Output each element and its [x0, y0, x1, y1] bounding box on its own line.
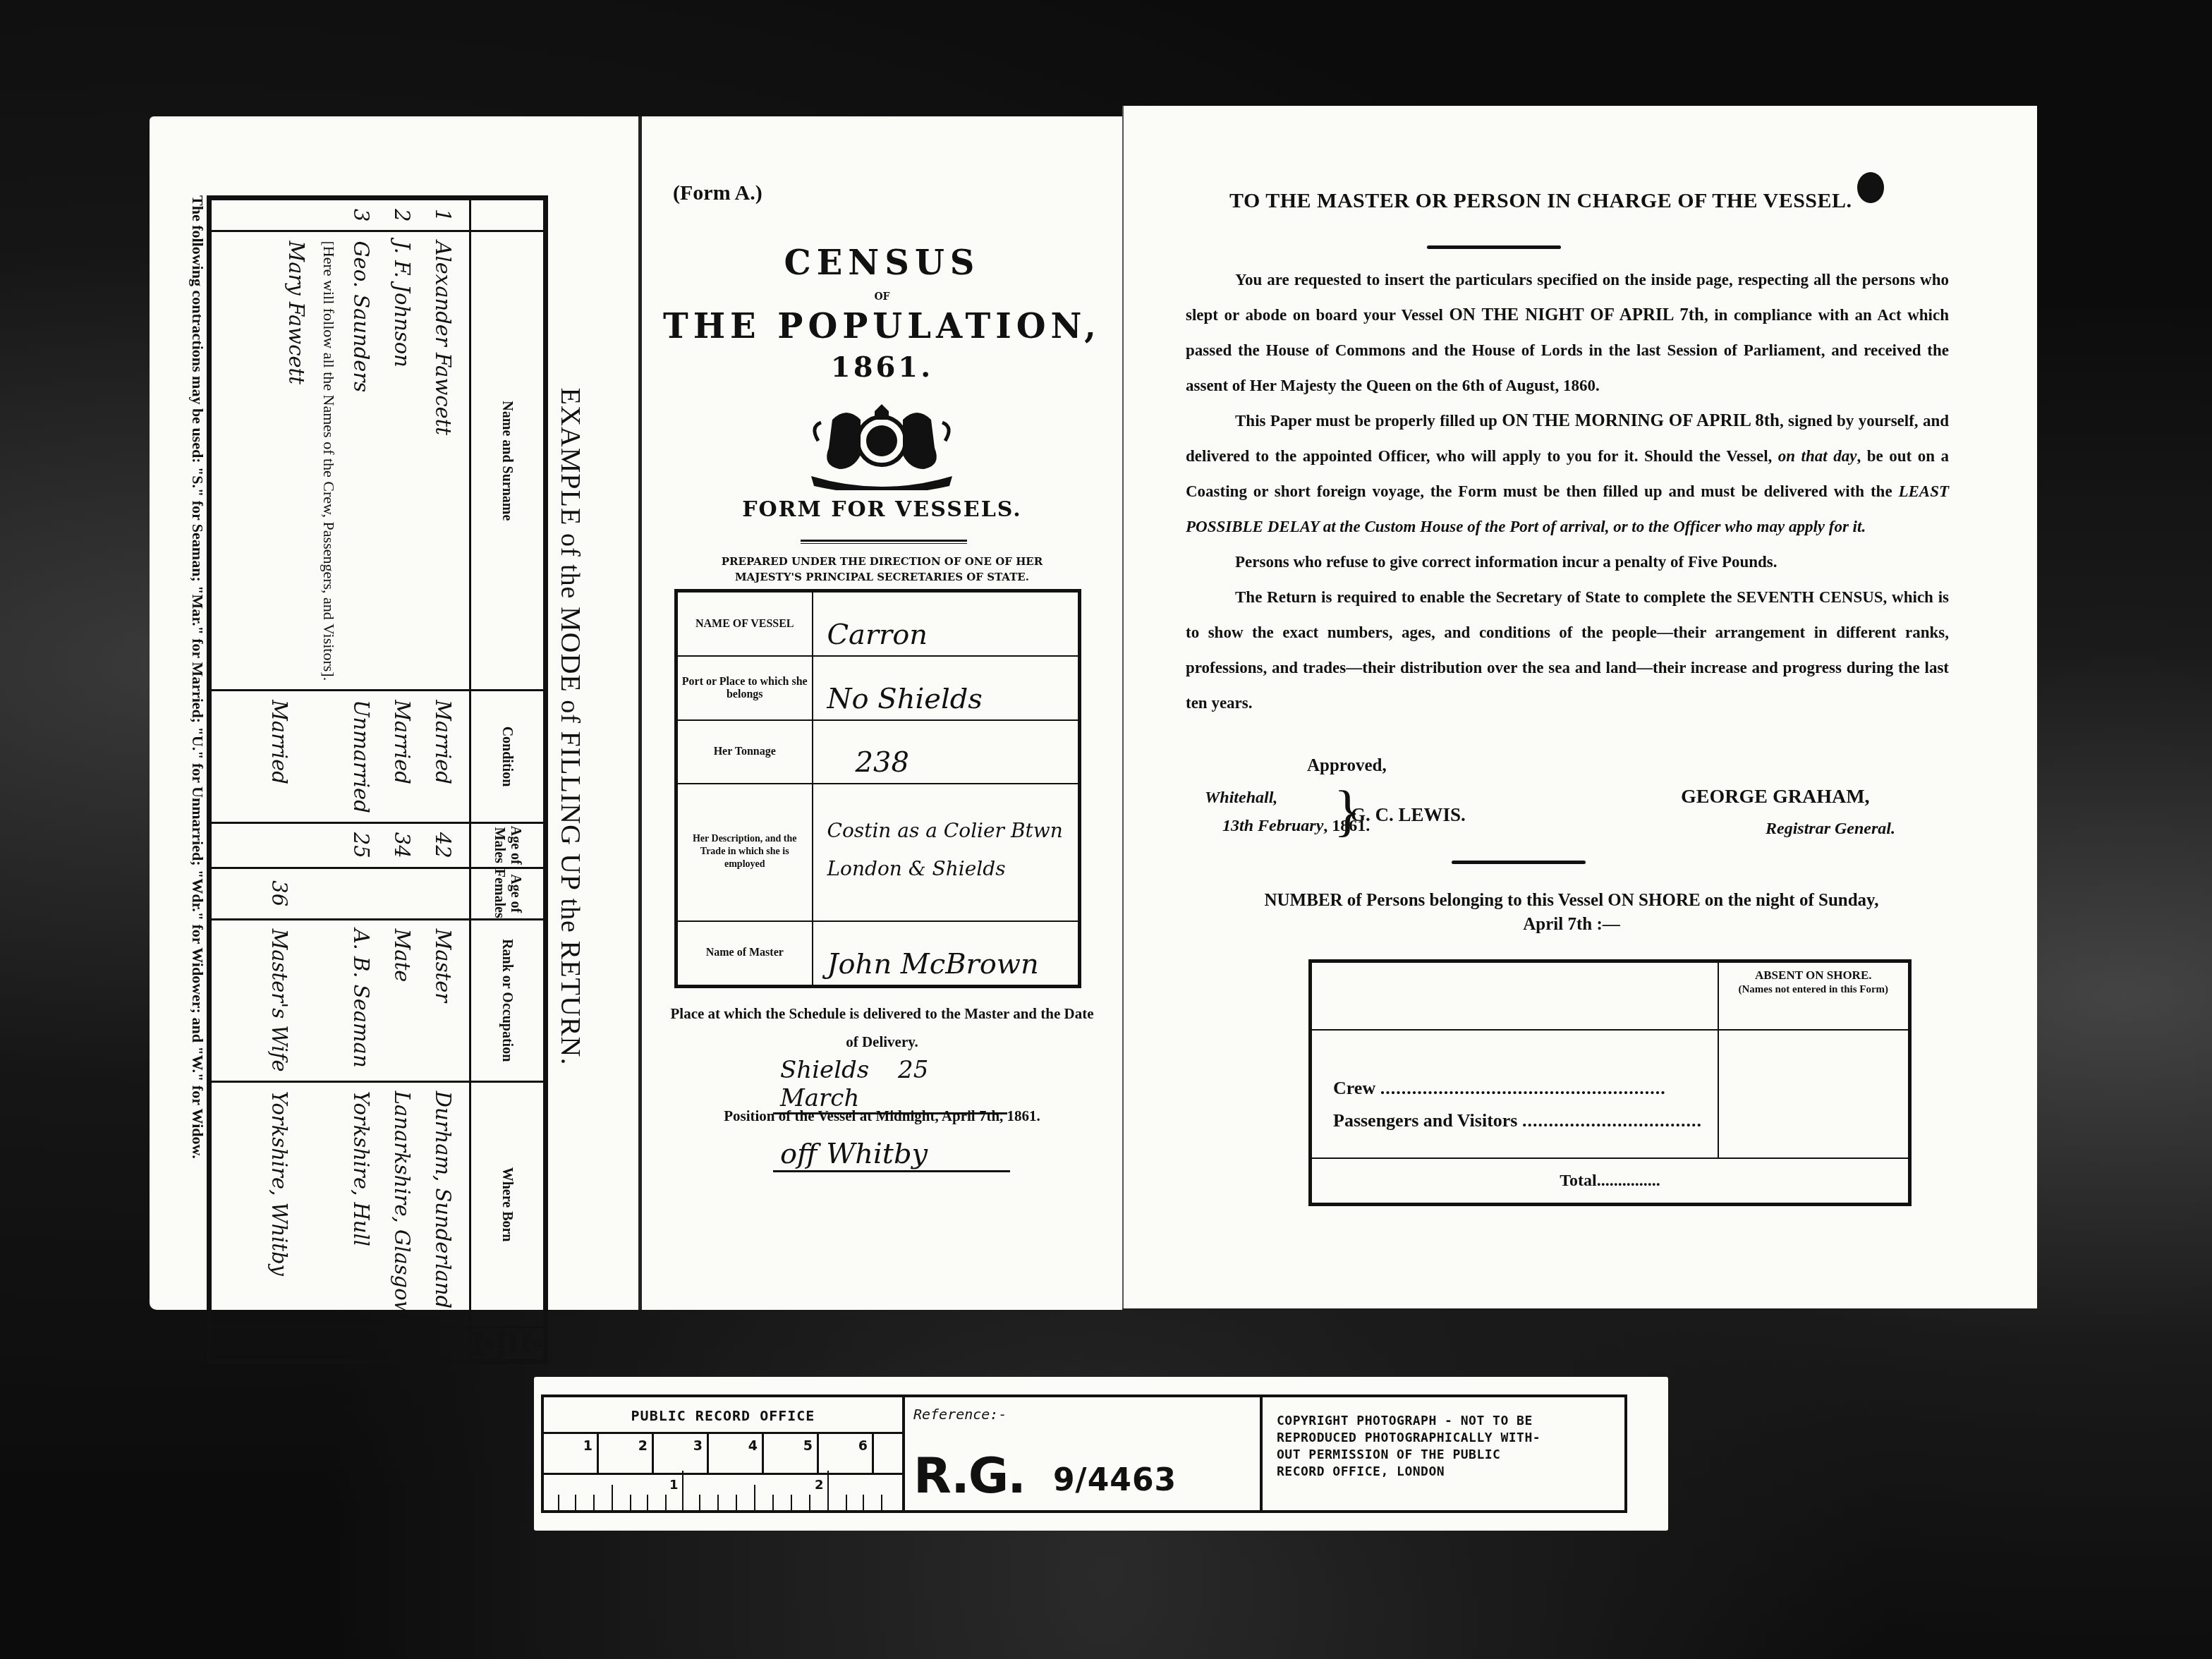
- cell-where-born: Durham, Sunderland Lanarkshire, Glasgow …: [209, 1081, 470, 1327]
- vessel-name-field[interactable]: Carron: [813, 591, 1080, 657]
- paragraph-purpose: The Return is required to enable the Sec…: [1186, 580, 1949, 721]
- field-label: Port or Place to which she belongs: [676, 656, 813, 719]
- col-where-born: Where Born: [470, 1081, 546, 1327]
- instructions-body: You are requested to insert the particul…: [1186, 262, 1949, 721]
- form-for-vessels-title: FORM FOR VESSELS.: [642, 497, 1122, 522]
- place-of-delivery-field[interactable]: Shields 25 March: [773, 1056, 1007, 1114]
- form-label: (Form A.): [673, 181, 762, 205]
- shore-total-row: Total...............: [1311, 1158, 1910, 1204]
- cell-numbers: 1 2 3: [209, 198, 470, 231]
- paragraph-deadline: This Paper must be properly filled up ON…: [1186, 403, 1949, 545]
- divider: [1452, 861, 1586, 864]
- piece-number: 9/4463: [1053, 1462, 1177, 1498]
- census-year: 1861.: [642, 351, 1122, 384]
- cm-mark: 6: [819, 1434, 874, 1473]
- cm-mark: 5: [764, 1434, 819, 1473]
- example-name: J. F. Johnson: [382, 241, 423, 681]
- form-cover-page: (Form A.) CENSUS OF THE POPULATION, 1861…: [638, 116, 1122, 1310]
- divider: [1427, 245, 1561, 249]
- cell-ranks: Master Mate A. B. Seaman Master's Wife: [209, 919, 470, 1081]
- signatory-graham: GEORGE GRAHAM,: [1681, 786, 1870, 808]
- royal-coat-of-arms-icon: [804, 399, 959, 490]
- archive-reference-strip: PUBLIC RECORD OFFICE 1 2 3 4 5 6: [534, 1377, 1668, 1531]
- contractions-footnote: The following contractions may be used: …: [188, 195, 207, 1228]
- divider: [801, 540, 967, 544]
- cell-conditions: Married Married Unmarried Married: [209, 691, 470, 823]
- field-label: Her Tonnage: [676, 720, 813, 784]
- example-body-row: 1 2 3 Alexander Fawcett J. F. Johnson Ge…: [209, 198, 470, 1362]
- census-title: CENSUS: [642, 243, 1122, 283]
- crew-label: Crew: [1333, 1078, 1375, 1098]
- cm-mark: 1: [544, 1434, 599, 1473]
- shore-rows: Crew ...................................…: [1311, 1030, 1910, 1158]
- inch-mark: 2: [815, 1478, 824, 1493]
- public-record-office-block: PUBLIC RECORD OFFICE 1 2 3 4 5 6: [544, 1397, 905, 1510]
- example-name: Mary Fawcett: [276, 241, 317, 681]
- example-name: Alexander Fawcett: [423, 241, 463, 681]
- example-table: Name and Surname Condition Age of Males …: [207, 195, 548, 1364]
- instructions-heading: TO THE MASTER OR PERSON IN CHARGE OF THE…: [1229, 189, 1852, 213]
- reference-frame: PUBLIC RECORD OFFICE 1 2 3 4 5 6: [541, 1394, 1627, 1513]
- col-age-females: Age of Females: [470, 868, 546, 919]
- example-page: EXAMPLE of the MODE of FILLING UP the RE…: [150, 116, 638, 1310]
- vessel-tonnage-field[interactable]: 238: [813, 720, 1080, 784]
- inch-mark: 1: [669, 1478, 679, 1493]
- shore-row-labels: Crew ...................................…: [1311, 1030, 1718, 1158]
- vessel-row-description: Her Description, and the Trade in which …: [676, 784, 1080, 920]
- public-record-office-title: PUBLIC RECORD OFFICE: [544, 1397, 902, 1434]
- field-label: Her Description, and the Trade in which …: [676, 784, 813, 920]
- cell-age-females: 36: [209, 868, 470, 919]
- copyright-notice: COPYRIGHT PHOTOGRAPH - NOT TO BE REPRODU…: [1263, 1397, 1624, 1510]
- cell-deaf-blind: [209, 1327, 470, 1362]
- col-age-males: Age of Males: [470, 822, 546, 868]
- paragraph-penalty: Persons who refuse to give correct infor…: [1186, 545, 1949, 580]
- absent-on-shore-header: ABSENT ON SHORE. (Names not entered in t…: [1718, 961, 1910, 1031]
- cm-mark: 3: [654, 1434, 709, 1473]
- field-label: Name of Master: [676, 921, 813, 987]
- vessel-position-field[interactable]: off Whitby: [773, 1138, 1010, 1172]
- master-name-field[interactable]: John McBrown: [813, 921, 1080, 987]
- instructions-page: TO THE MASTER OR PERSON IN CHARGE OF THE…: [1122, 106, 2037, 1308]
- vessel-position-label: Position of the Vessel at Midnight, Apri…: [642, 1107, 1122, 1125]
- col-condition: Condition: [470, 691, 546, 823]
- cell-names: Alexander Fawcett J. F. Johnson Geo. Sau…: [209, 231, 470, 691]
- field-label: NAME OF VESSEL: [676, 591, 813, 657]
- prepared-under-direction: PREPARED UNDER THE DIRECTION OF ONE OF H…: [642, 554, 1122, 585]
- persons-on-shore-heading: NUMBER of Persons belonging to this Vess…: [1173, 889, 1970, 937]
- vessel-details-table: NAME OF VESSEL Carron Port or Place to w…: [674, 589, 1081, 988]
- census-of: OF: [642, 291, 1122, 303]
- vessel-row-master: Name of Master John McBrown: [676, 921, 1080, 987]
- population-title: THE POPULATION,: [642, 307, 1122, 346]
- approved-label: Approved,: [1307, 756, 1387, 776]
- reference-block: Reference:- R.G. 9/4463: [905, 1397, 1263, 1510]
- col-rank: Rank or Occupation: [470, 919, 546, 1081]
- shore-header-row: ABSENT ON SHORE. (Names not entered in t…: [1311, 961, 1910, 1031]
- vessel-port-field[interactable]: No Shields: [813, 656, 1080, 719]
- col-name: Name and Surname: [470, 231, 546, 691]
- example-name: Geo. Saunders: [341, 241, 382, 681]
- vessel-row-tonnage: Her Tonnage 238: [676, 720, 1080, 784]
- cell-age-males: 42 34 25: [209, 822, 470, 868]
- absent-on-shore-field[interactable]: [1718, 1030, 1910, 1158]
- whitehall-label: Whitehall,: [1205, 789, 1277, 808]
- vessel-row-name: NAME OF VESSEL Carron: [676, 591, 1080, 657]
- record-series: R.G.: [913, 1447, 1025, 1505]
- reference-label: Reference:-: [913, 1406, 1007, 1423]
- example-header-row: Name and Surname Condition Age of Males …: [470, 198, 546, 1362]
- paragraph-request: You are requested to insert the particul…: [1186, 262, 1949, 403]
- vessel-description-field[interactable]: Costin as a Colier Btwn London & Shields: [813, 784, 1080, 920]
- ink-blot: [1857, 172, 1884, 203]
- inch-scale: 1 2: [544, 1475, 902, 1510]
- shore-header-blank: [1311, 961, 1718, 1031]
- registrar-general-title: Registrar General.: [1766, 820, 1895, 839]
- total-field[interactable]: Total...............: [1311, 1158, 1910, 1204]
- place-of-delivery-label: Place at which the Schedule is delivered…: [642, 999, 1122, 1056]
- col-deaf-blind: If Deaf-and-Dumb, or Blind: [470, 1327, 546, 1362]
- passengers-visitors-label: Passengers and Visitors: [1333, 1110, 1517, 1131]
- signatory-lewis: G. C. LEWIS.: [1351, 804, 1466, 826]
- col-number: [470, 198, 546, 231]
- cm-mark: 4: [709, 1434, 764, 1473]
- persons-on-shore-table: ABSENT ON SHORE. (Names not entered in t…: [1308, 959, 1912, 1206]
- vessel-row-port: Port or Place to which she belongs No Sh…: [676, 656, 1080, 719]
- example-title: EXAMPLE of the MODE of FILLING UP the RE…: [554, 208, 588, 1245]
- centimetre-scale: 1 2 3 4 5 6: [544, 1434, 902, 1475]
- example-note: [Here will follow all the Names of the C…: [317, 241, 341, 681]
- cm-mark: 2: [599, 1434, 654, 1473]
- example-rotated-panel: EXAMPLE of the MODE of FILLING UP the RE…: [150, 116, 638, 1310]
